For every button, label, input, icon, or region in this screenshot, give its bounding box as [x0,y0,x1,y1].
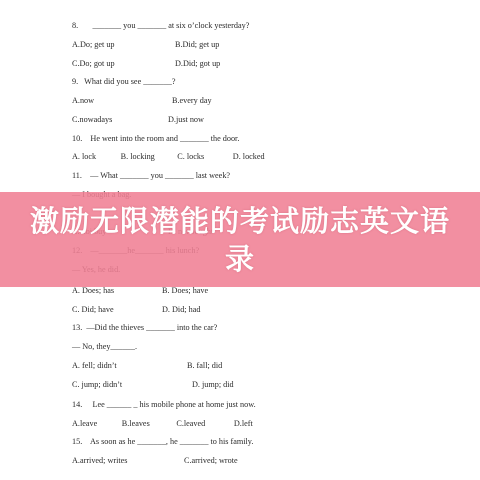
doc-line: 14. Lee ______ _ his mobile phone at hom… [72,400,256,410]
doc-line: 10. He went into the room and _______ th… [72,134,239,144]
doc-line: 8. _______ you _______ at six o’clock ye… [72,21,249,31]
doc-line: C.Do; got upD.Did; got up [72,59,115,69]
doc-line: C. jump; didn’tD. jump; did [72,380,122,390]
doc-line: 13. —Did the thieves _______ into the ca… [72,323,217,333]
doc-line: A. Does; hasB. Does; have [72,286,114,296]
doc-line: C.nowadaysD.just now [72,115,112,125]
banner-title: 激励无限潜能的考试励志英文语录 [20,202,460,278]
doc-line: A.arrived; writesC.arrived; wrote [72,456,127,466]
doc-line: A.leave B.leaves C.leaved D.left [72,419,253,429]
doc-line: A. lock B. locking C. locks D. locked [72,152,265,162]
doc-line: A. fell; didn’tB. fall; did [72,361,117,371]
doc-line: 11. — What _______ you _______ last week… [72,171,230,181]
doc-line: 15. As soon as he _______, he _______ to… [72,437,253,447]
doc-line: — No, they______. [72,342,137,352]
doc-line: C. Did; haveD. Did; had [72,305,114,315]
doc-line: A.nowB.every day [72,96,94,106]
title-banner: 激励无限潜能的考试励志英文语录 [0,192,480,287]
doc-line: A.Do; get upB.Did; get up [72,40,115,50]
doc-line: 9. What did you see _______? [72,77,176,87]
